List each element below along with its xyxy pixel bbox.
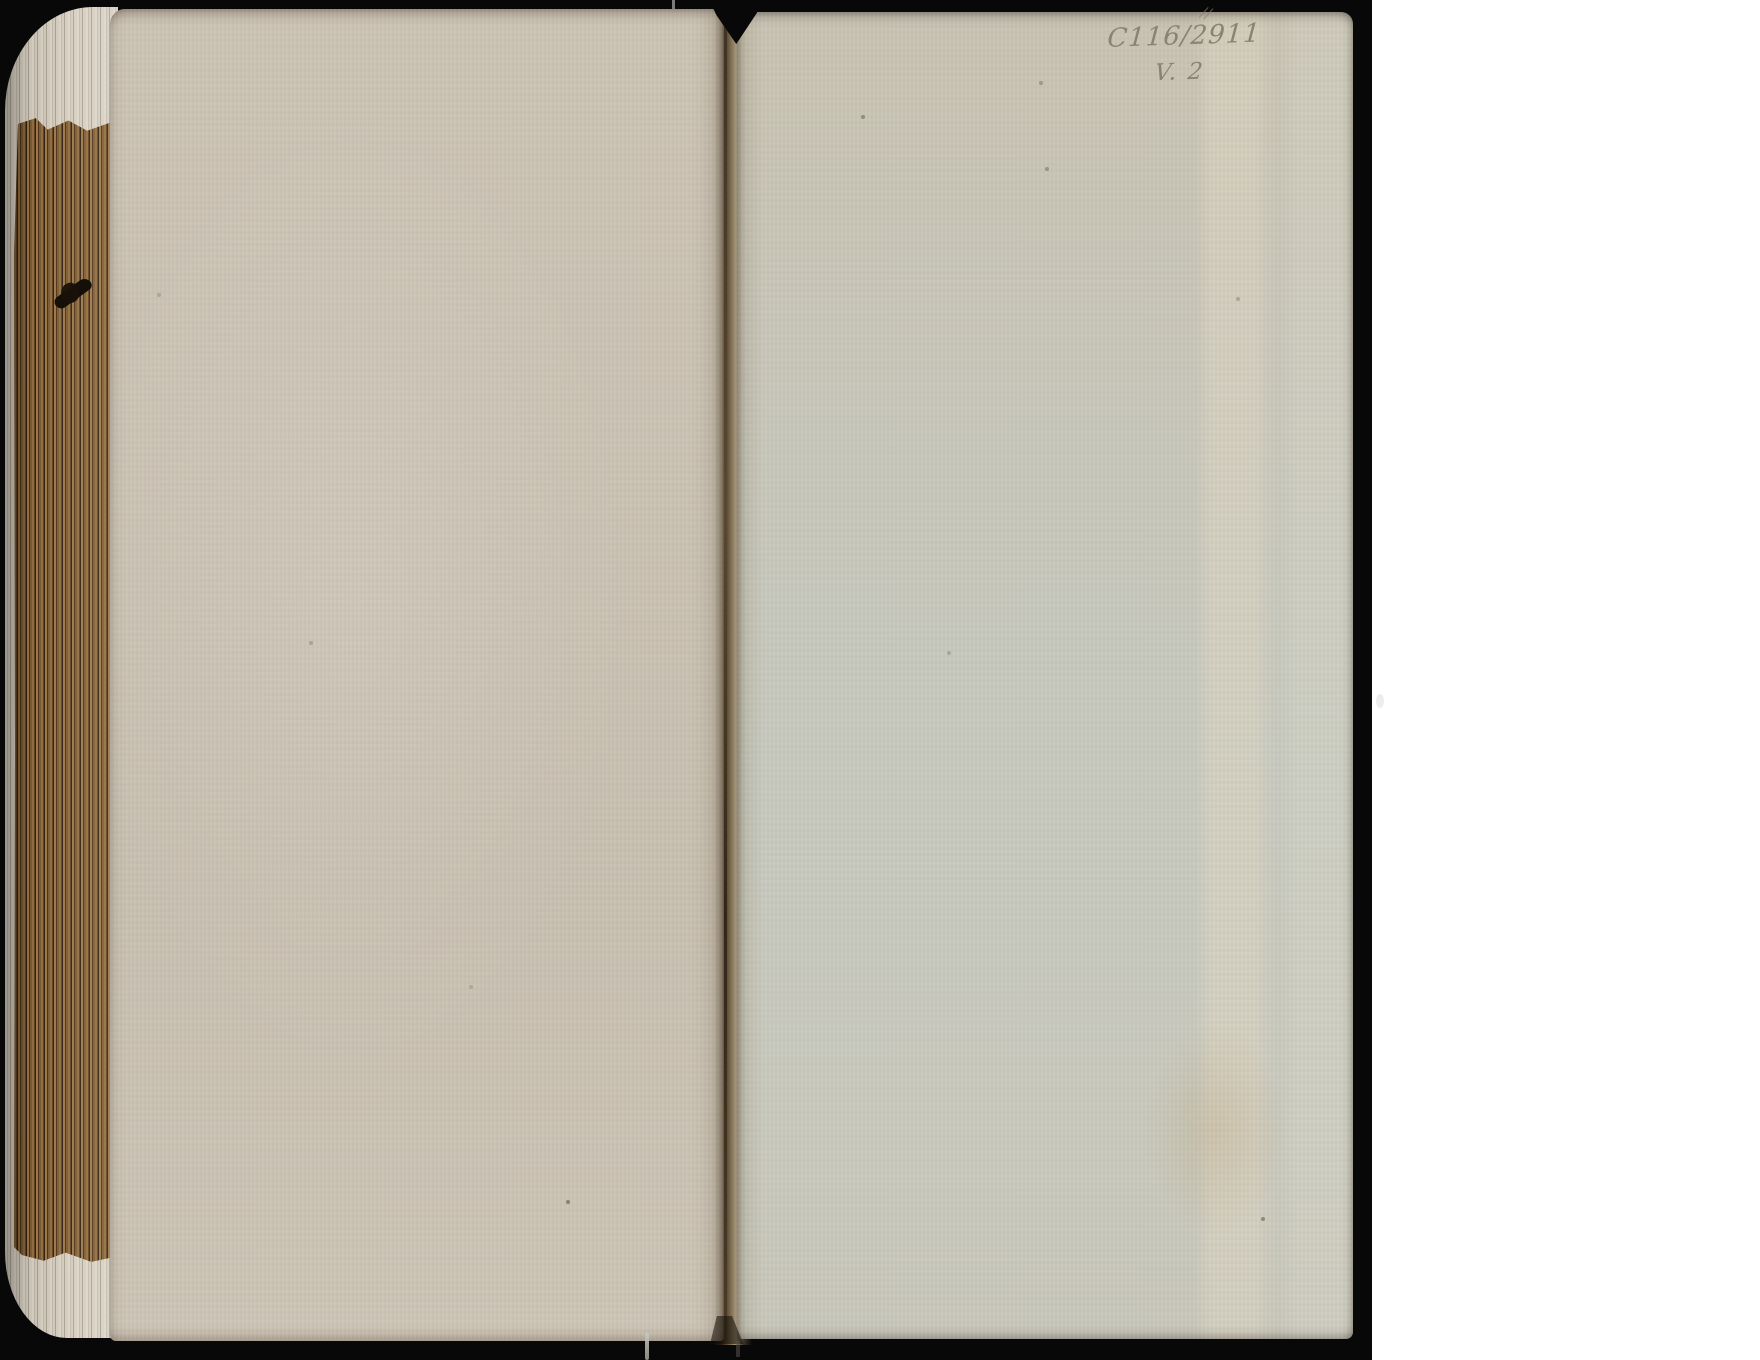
book-scan-area: C116/2911 V. 2 //	[0, 0, 1372, 1360]
paper-specks	[0, 0, 2, 2]
fore-edge-page-stack	[5, 7, 118, 1338]
scan-artifact-bottom-line	[645, 1333, 649, 1360]
right-blank-page	[737, 12, 1353, 1339]
scan-artifact-top-line	[672, 0, 675, 10]
gutter-crease-line	[724, 7, 727, 1341]
margin-smudge	[1376, 694, 1384, 708]
scan-artifact-bottom-mark	[736, 1341, 740, 1357]
outside-white-margin	[1372, 0, 1760, 1360]
left-blank-page	[110, 9, 724, 1341]
